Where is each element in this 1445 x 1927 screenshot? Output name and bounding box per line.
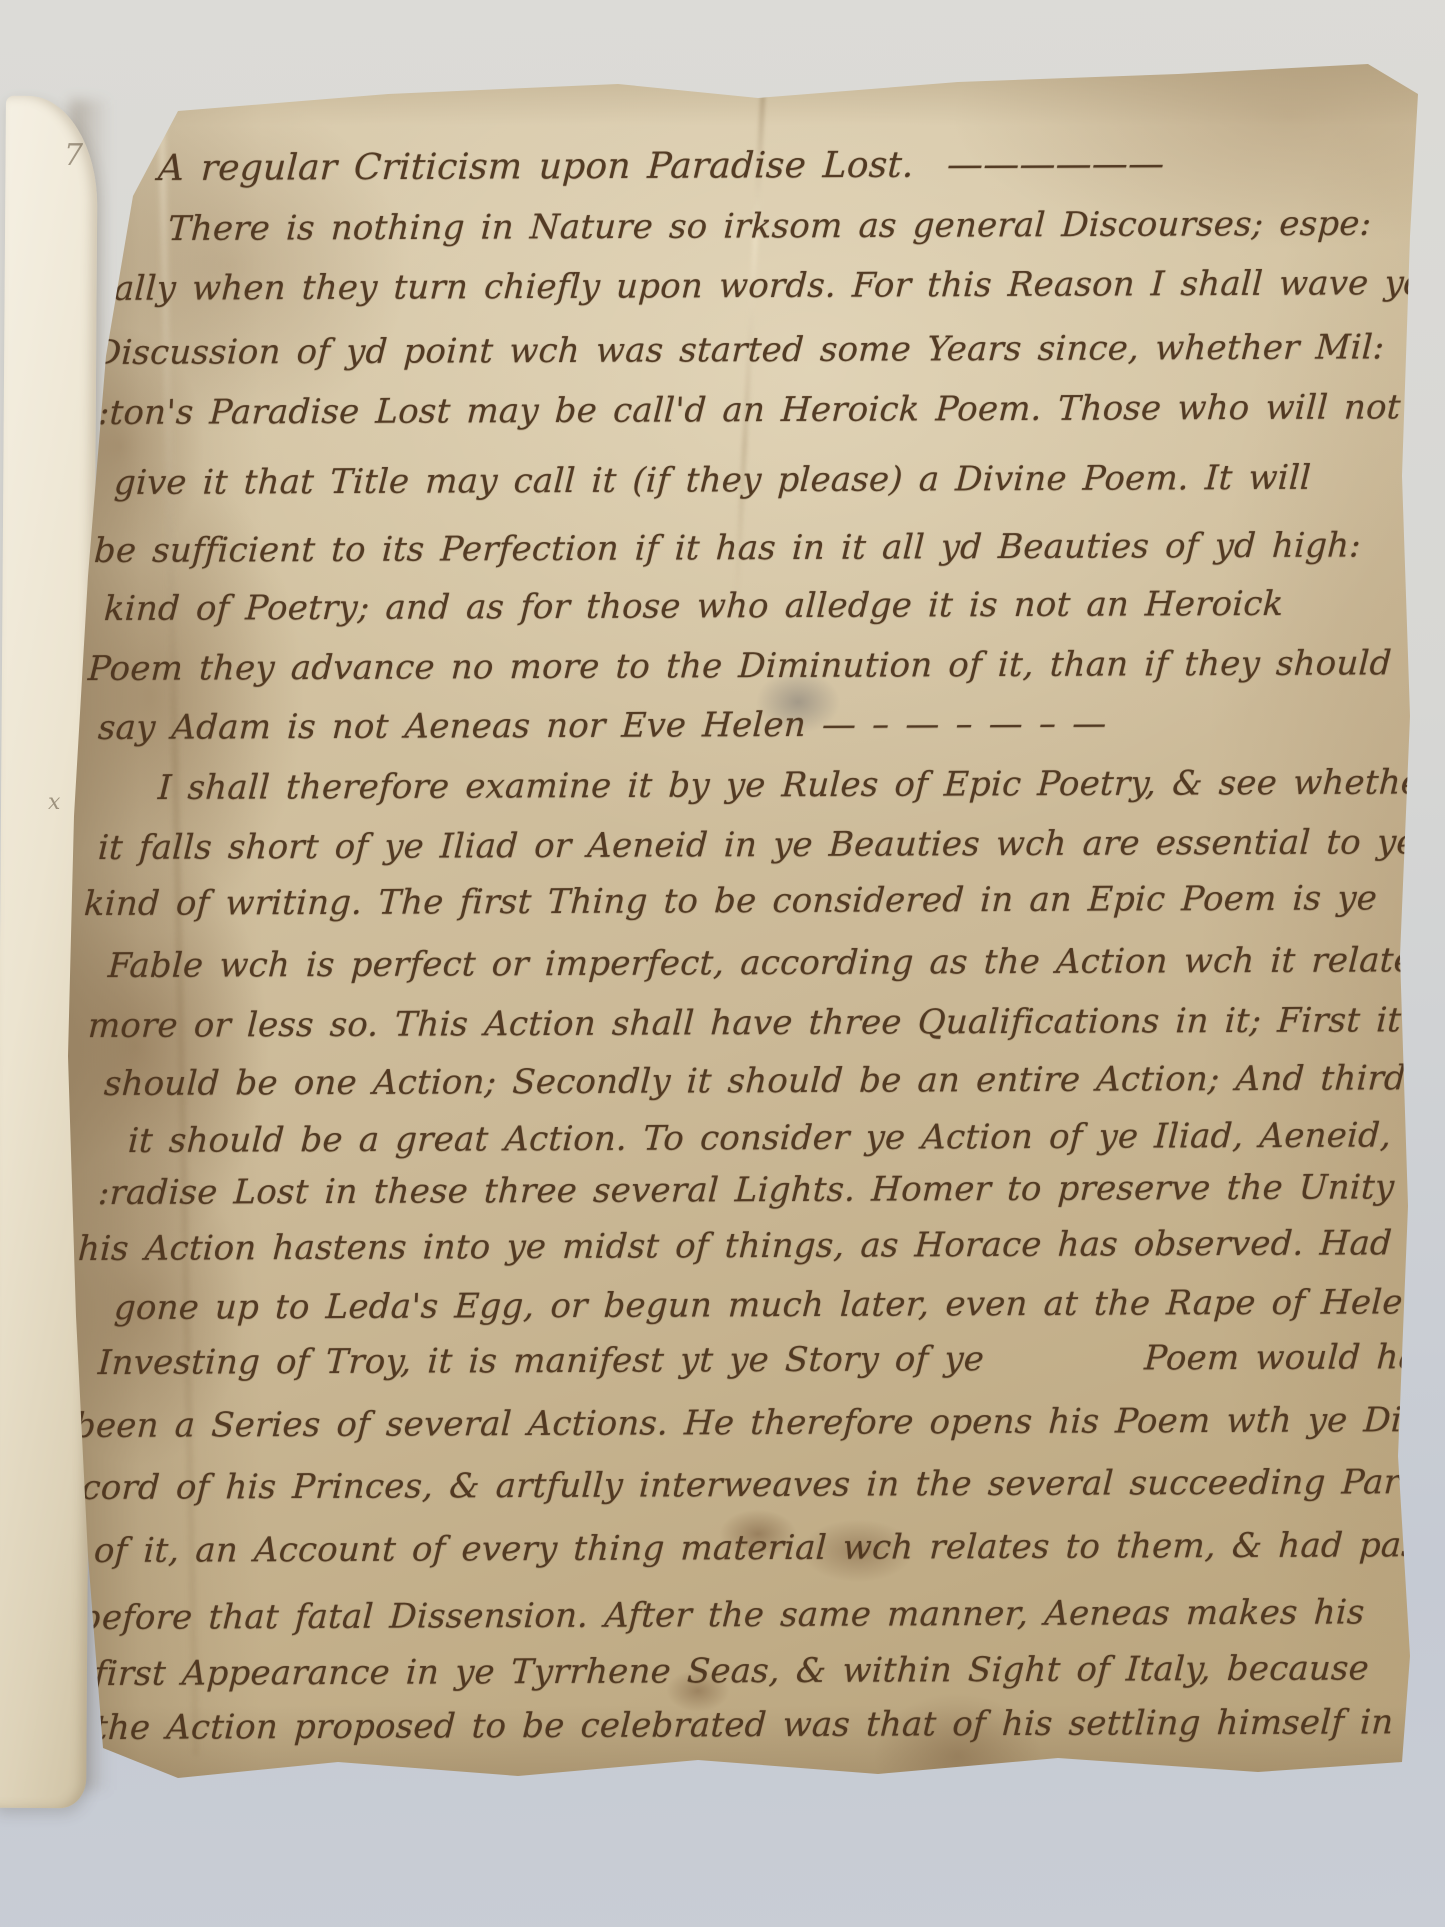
manuscript-page: A regular Criticism upon Paradise Lost. … [58, 56, 1424, 1792]
manuscript-line: should be one Action; Secondly it should… [103, 1054, 1438, 1108]
manuscript-line: first Appearance in ye Tyrrhene Seas, & … [93, 1644, 1370, 1698]
manuscript-line: There is nothing in Nature so irksom as … [167, 200, 1373, 253]
manuscript-line: I shall therefore examine it by ye Rules… [157, 758, 1439, 812]
manuscript-line: more or less so. This Action shall have … [87, 996, 1402, 1050]
manuscript-line: it falls short of ye Iliad or Aeneid in … [97, 818, 1418, 872]
manuscript-line: :ton's Paradise Lost may be call'd an He… [97, 383, 1402, 437]
manuscript-line: Fable wch is perfect or imperfect, accor… [107, 936, 1445, 990]
manuscript-line: kind of writing. The first Thing to be c… [83, 874, 1378, 928]
manuscript-line: the Action proposed to be celebrated was… [93, 1698, 1395, 1752]
manuscript-line: it should be a great Action. To consider… [127, 1111, 1445, 1165]
manuscript-line: Investing of Troy, it is manifest yt ye … [97, 1333, 1445, 1387]
manuscript-line: :radise Lost in these three several Ligh… [97, 1163, 1445, 1217]
manuscript-title-line: A regular Criticism upon Paradise Lost. … [157, 141, 1166, 193]
manuscript-photograph: A regular Criticism upon Paradise Lost. … [0, 0, 1445, 1927]
page-number-mark: 7 [64, 138, 83, 173]
manuscript-line: be sufficient to its Perfection if it ha… [93, 521, 1362, 575]
manuscript-line: Discussion of yd point wch was started s… [93, 323, 1386, 377]
manuscript-line: kind of Poetry; and as for those who all… [103, 580, 1285, 633]
manuscript-line: been a Series of several Actions. He the… [73, 1396, 1421, 1450]
manuscript-line: his Action hastens into ye midst of thin… [77, 1219, 1445, 1273]
manuscript-line: of it, an Account of every thing materia… [93, 1521, 1445, 1575]
manuscript-line: Poem they advance no more to the Diminut… [87, 639, 1393, 693]
margin-check-mark: x [48, 790, 60, 815]
manuscript-line: :cially when they turn chiefly upon word… [71, 259, 1427, 313]
manuscript-line: :cord of his Princes, & artfully interwe… [69, 1458, 1433, 1512]
manuscript-line: gone up to Leda's Egg, or begun much lat… [113, 1278, 1445, 1332]
manuscript-line: say Adam is not Aeneas nor Eve Helen — –… [97, 700, 1108, 752]
manuscript-line: before that fatal Dissension. After the … [79, 1588, 1366, 1642]
manuscript-line: give it that Title may call it (if they … [113, 454, 1312, 507]
